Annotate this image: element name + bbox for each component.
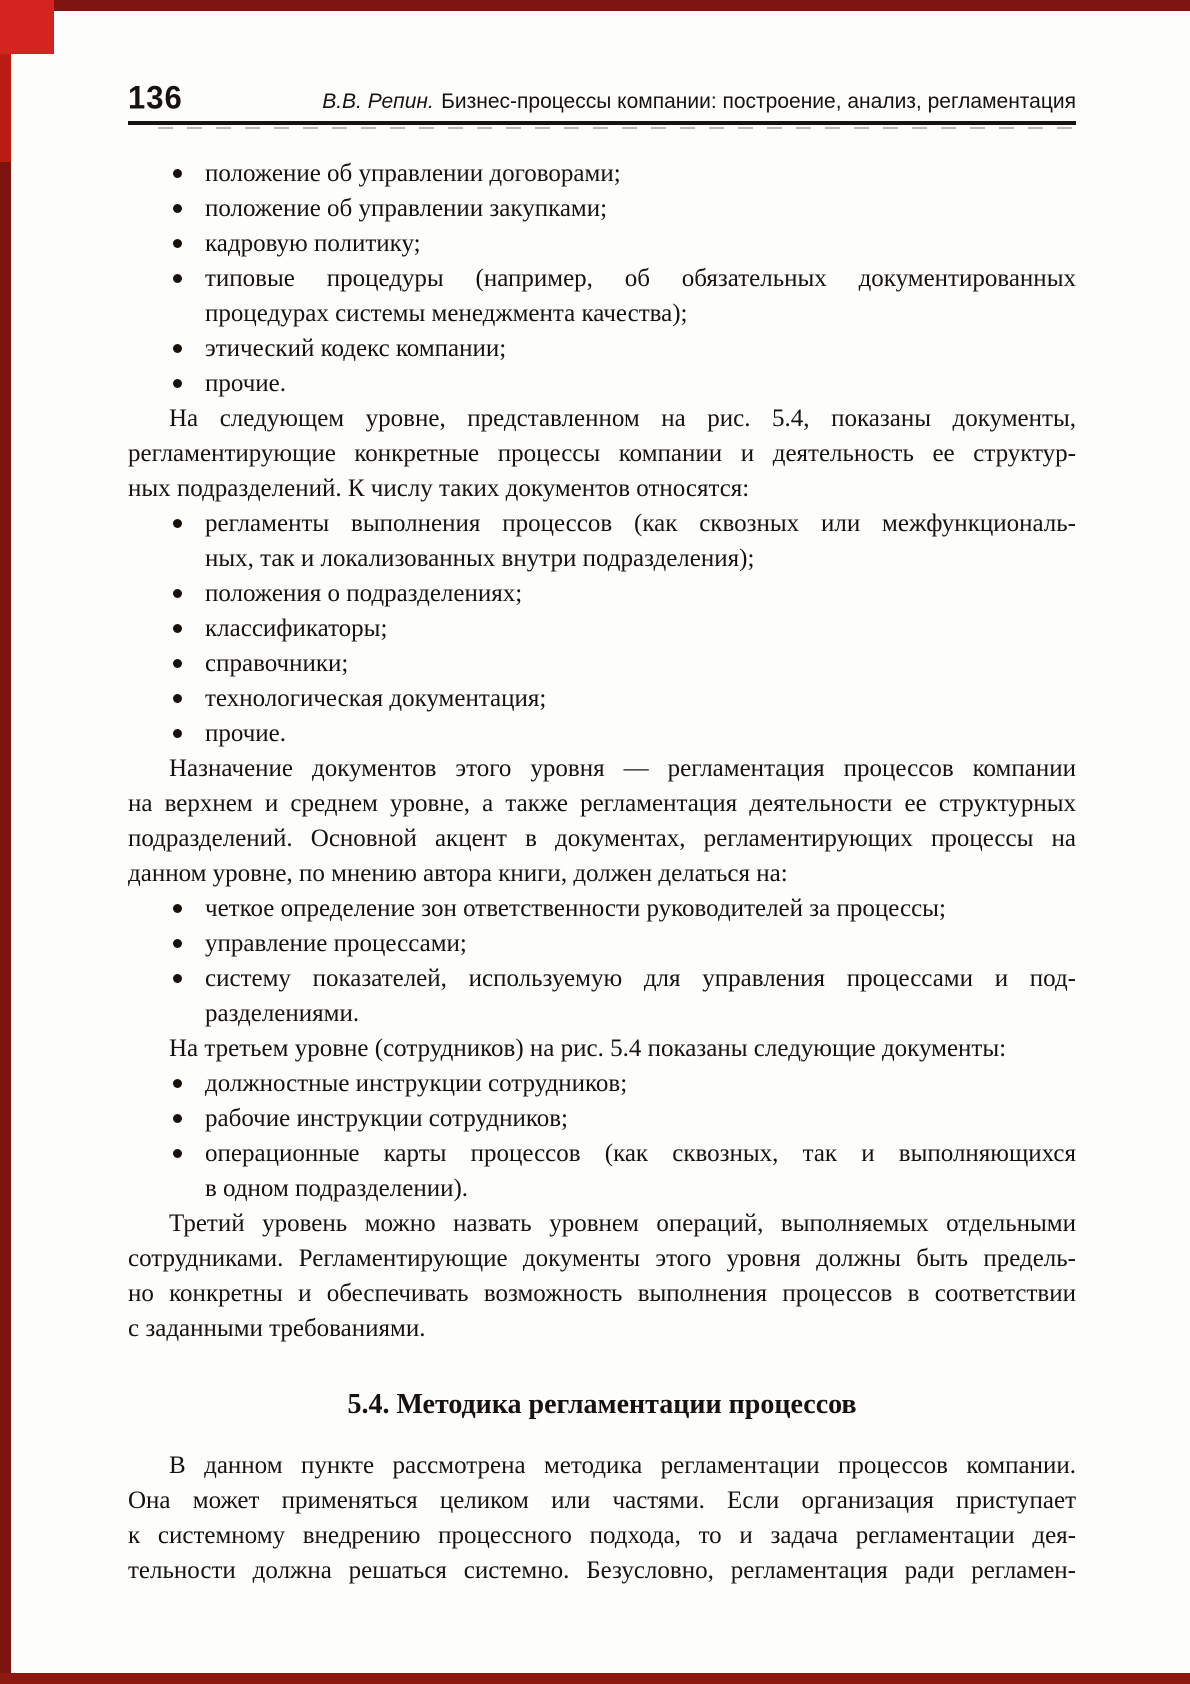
list-item: справочники; <box>128 646 1076 681</box>
paragraph: Назначение документов этого уровня — рег… <box>128 751 1076 891</box>
list-item: технологическая документация; <box>128 681 1076 716</box>
list-item: должностные инструкции сотрудников; <box>128 1066 1076 1101</box>
bullet-icon <box>173 1149 182 1158</box>
bullet-icon <box>173 169 182 178</box>
bullet-icon <box>173 939 182 948</box>
text-line: прочие. <box>205 366 1076 401</box>
text-line: подразделений. Основной акцент в докумен… <box>128 821 1076 856</box>
bullet-icon <box>173 274 182 283</box>
list-item: систему показателей, используемую для уп… <box>128 961 1076 1031</box>
text-line: технологическая документация; <box>205 681 1076 716</box>
text-line: с заданными требованиями. <box>128 1311 1076 1346</box>
text-line: регламенты выполнения процессов (как скв… <box>205 506 1076 541</box>
list-item: положения о подразделениях; <box>128 576 1076 611</box>
list-item: этический кодекс компании; <box>128 331 1076 366</box>
text-line: На следующем уровне, представленном на р… <box>128 401 1076 436</box>
list-item: управление процессами; <box>128 926 1076 961</box>
bullet-list: регламенты выполнения процессов (как скв… <box>128 506 1076 751</box>
text-line: классификаторы; <box>205 611 1076 646</box>
list-item: кадровую политику; <box>128 226 1076 261</box>
text-line: управление процессами; <box>205 926 1076 961</box>
scan-edge-bottom <box>0 1673 1190 1684</box>
running-title: В.В. Репин.Бизнес-процессы компании: пос… <box>322 90 1076 114</box>
text-line: В данном пункте рассмотрена методика рег… <box>128 1448 1076 1483</box>
text-line: Третий уровень можно назвать уровнем опе… <box>128 1206 1076 1241</box>
paragraph: Третий уровень можно назвать уровнем опе… <box>128 1206 1076 1346</box>
list-item: четкое определение зон ответственности р… <box>128 891 1076 926</box>
text-line: процедурах системы менеджмента качества)… <box>205 296 1076 331</box>
bullet-icon <box>173 239 182 248</box>
text-line: операционные карты процессов (как сквозн… <box>205 1136 1076 1171</box>
text-line: Назначение документов этого уровня — рег… <box>128 751 1076 786</box>
text-line: справочники; <box>205 646 1076 681</box>
text-line: положения о подразделениях; <box>205 576 1076 611</box>
paragraph: На третьем уровне (сотрудников) на рис. … <box>128 1031 1076 1066</box>
text-line: четкое определение зон ответственности р… <box>205 891 1076 926</box>
text-line: на верхнем и среднем уровне, а также рег… <box>128 786 1076 821</box>
bullet-list: должностные инструкции сотрудников;рабоч… <box>128 1066 1076 1206</box>
page-number: 136 <box>128 79 183 116</box>
bullet-list: положение об управлении договорами;полож… <box>128 156 1076 401</box>
bullet-icon <box>173 729 182 738</box>
text-line: тельности должна решаться системно. Безу… <box>128 1553 1076 1588</box>
text-line: типовые процедуры (например, об обязател… <box>205 261 1076 296</box>
list-item: регламенты выполнения процессов (как скв… <box>128 506 1076 576</box>
bullet-icon <box>173 624 182 633</box>
bullet-icon <box>173 974 182 983</box>
text-line: сотрудниками. Регламентирующие документы… <box>128 1241 1076 1276</box>
running-title-author: В.В. Репин. <box>322 90 434 113</box>
text-line: разделениями. <box>205 996 1076 1031</box>
text-line: регламентирующие конкретные процессы ком… <box>128 436 1076 471</box>
text-line: но конкретны и обеспечивать возможность … <box>128 1276 1076 1311</box>
text-line: в одном подразделении). <box>205 1171 1076 1206</box>
list-item: прочие. <box>128 366 1076 401</box>
text-line: положение об управлении договорами; <box>205 156 1076 191</box>
bullet-icon <box>173 204 182 213</box>
bullet-icon <box>173 694 182 703</box>
list-item: рабочие инструкции сотрудников; <box>128 1101 1076 1136</box>
text-line: ных подразделений. К числу таких докумен… <box>128 471 1076 506</box>
bullet-icon <box>173 344 182 353</box>
bullet-icon <box>173 659 182 668</box>
section-heading: 5.4. Методика регламентации процессов <box>128 1387 1076 1422</box>
bullet-icon <box>173 519 182 528</box>
text-line: На третьем уровне (сотрудников) на рис. … <box>128 1031 1076 1066</box>
book-page: 136 В.В. Репин.Бизнес-процессы компании:… <box>128 0 1076 1588</box>
list-item: прочие. <box>128 716 1076 751</box>
text-line: данном уровне, по мнению автора книги, д… <box>128 856 1076 891</box>
bullet-icon <box>173 379 182 388</box>
scan-edge-left-highlight <box>0 54 11 162</box>
text-line: должностные инструкции сотрудников; <box>205 1066 1076 1101</box>
paragraph: На следующем уровне, представленном на р… <box>128 401 1076 506</box>
list-item: положение об управлении договорами; <box>128 156 1076 191</box>
paragraph: В данном пункте рассмотрена методика рег… <box>128 1448 1076 1588</box>
running-title-text: Бизнес-процессы компании: построение, ан… <box>441 90 1076 113</box>
text-line: Она может применяться целиком или частям… <box>128 1483 1076 1518</box>
text-line: систему показателей, используемую для уп… <box>205 961 1076 996</box>
bullet-icon <box>173 1079 182 1088</box>
text-line: этический кодекс компании; <box>205 331 1076 366</box>
list-item: классификаторы; <box>128 611 1076 646</box>
scan-edge-top <box>0 0 1190 11</box>
text-line: к системному внедрению процессного подхо… <box>128 1518 1076 1553</box>
bullet-list: четкое определение зон ответственности р… <box>128 891 1076 1031</box>
page-body: положение об управлении договорами;полож… <box>128 156 1076 1588</box>
scan-edge-left <box>0 0 11 1684</box>
text-line: рабочие инструкции сотрудников; <box>205 1101 1076 1136</box>
list-item: положение об управлении закупками; <box>128 191 1076 226</box>
bullet-icon <box>173 589 182 598</box>
text-line: положение об управлении закупками; <box>205 191 1076 226</box>
list-item: типовые процедуры (например, об обязател… <box>128 261 1076 331</box>
page-header: 136 В.В. Репин.Бизнес-процессы компании:… <box>128 80 1076 125</box>
bullet-icon <box>173 1114 182 1123</box>
bullet-icon <box>173 904 182 913</box>
text-line: прочие. <box>205 716 1076 751</box>
text-line: ных, так и локализованных внутри подразд… <box>205 541 1076 576</box>
list-item: операционные карты процессов (как сквозн… <box>128 1136 1076 1206</box>
scan-edge-corner <box>0 0 54 54</box>
text-line: кадровую политику; <box>205 226 1076 261</box>
